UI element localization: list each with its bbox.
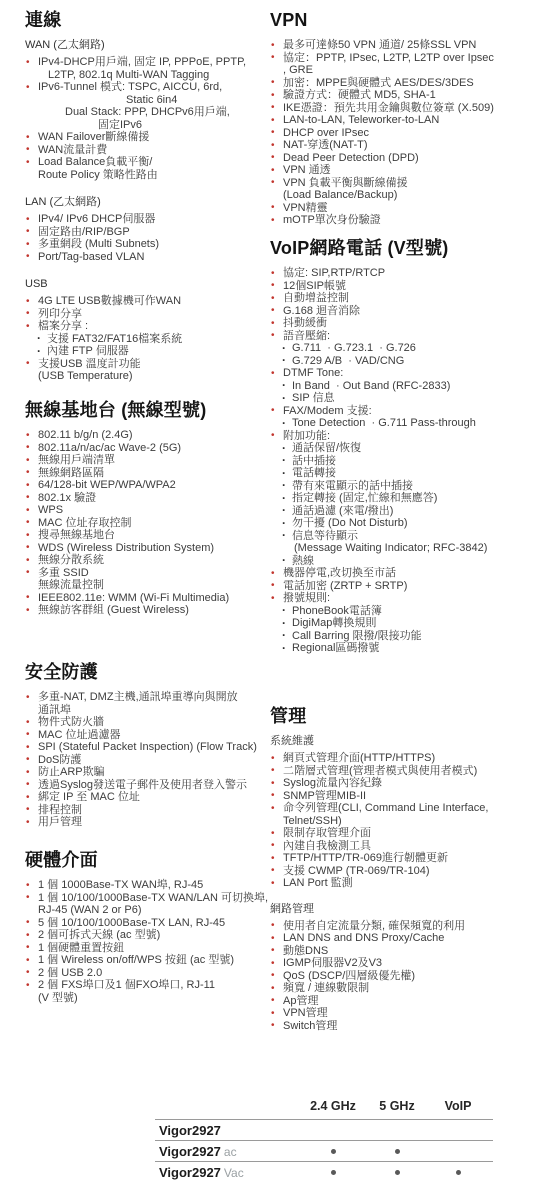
spec-item-text: Switch管理 (283, 1020, 337, 1032)
spec-item: •抖動緩衝 (270, 317, 548, 330)
bullet-icon: • (26, 605, 30, 618)
spec-item-text: FAX/Modem 支援: (283, 405, 372, 417)
model-suffix: ac (224, 1145, 237, 1159)
sub-bullet-icon: · (282, 604, 286, 617)
bullet-icon: • (271, 765, 275, 778)
spec-item: •5 個 10/100/1000Base-TX LAN, RJ-45 (25, 917, 269, 930)
spec-item-text: G.729 A/B · VAD/CNG (292, 355, 404, 367)
bullet-icon: • (271, 995, 275, 1008)
bullet-icon: • (26, 742, 30, 755)
spec-item-text: SIP 信息 (292, 392, 335, 404)
bullet-icon: • (271, 958, 275, 971)
spec-item-text: VPN 通透 (283, 164, 331, 176)
bullet-icon: • (26, 251, 30, 264)
spec-item: •LAN-to-LAN, Teleworker-to-LAN (270, 114, 548, 127)
bullet-icon: • (271, 40, 275, 53)
spec-item-text: 頻寬 / 連線數限制 (283, 982, 369, 994)
table-header-voip: VoIP (423, 1099, 493, 1113)
spec-item-text: 多重 SSID (38, 567, 89, 579)
spec-item: •802.1x 驗證 (25, 492, 269, 505)
spec-item-text: 支援USB 溫度計功能 (38, 358, 141, 370)
spec-item: •內建自我檢測工具 (270, 840, 548, 853)
spec-item-text: SNMP管理MIB-II (283, 790, 366, 802)
spec-group: •協定: SIP,RTP/RTCP•12個SIP帳號•自動增益控制•G.168 … (270, 267, 548, 655)
spec-item-text: 802.11a/n/ac/ac Wave-2 (5G) (38, 442, 181, 454)
spec-item-text: 列印分享 (38, 308, 82, 320)
bullet-icon: • (26, 942, 30, 955)
spec-item-text: 檔案分享 : (38, 320, 88, 332)
spec-item: •加密：MPPE與硬體式 AES/DES/3DES (270, 77, 548, 90)
spec-item-text: WPS (38, 504, 63, 516)
bullet-icon: • (271, 580, 275, 593)
spec-item: ·Call Barring 限撥/限接功能 (270, 630, 548, 643)
spec-item: •MAC 位址過濾器 (25, 729, 269, 742)
spec-item: •WPS (25, 504, 269, 517)
section-title: 硬體介面 (25, 850, 269, 870)
model-name: Vigor2927 (155, 1123, 295, 1138)
spec-item: ·指定轉接 (固定,忙線和無應答) (270, 492, 548, 505)
feature-cell (371, 1162, 423, 1182)
spec-item: •NAT-穿透(NAT-T) (270, 139, 548, 152)
sub-bullet-icon: · (282, 479, 286, 492)
spec-item-text: 無線網路區隔 (38, 467, 104, 479)
bullet-icon: • (26, 779, 30, 792)
spec-item-text: IEEE802.11e: WMM (Wi-Fi Multimedia) (38, 592, 229, 604)
spec-item-text: 熱線 (292, 555, 314, 567)
spec-group: 網路管理•使用者自定流量分類, 確保頻寬的利用•LAN DNS and DNS … (270, 903, 548, 1033)
spec-section: VoIP網路電話 (V型號)•協定: SIP,RTP/RTCP•12個SIP帳號… (270, 238, 548, 655)
spec-item: •DoS防護 (25, 754, 269, 767)
section-title: 連線 (25, 10, 269, 30)
bullet-icon: • (271, 177, 275, 190)
spec-item: •VPN 負載平衡與斷線備援 (270, 177, 548, 190)
spec-item: Telnet/SSH) (270, 815, 548, 828)
spec-item-text: 1 個硬體重置按鈕 (38, 942, 124, 954)
spec-item-text: IPv4-DHCP用戶端, 固定 IP, PPPoE, PPTP, (38, 56, 246, 68)
spec-item-text: Tone Detection · G.711 Pass-through (292, 417, 476, 429)
spec-item-text: 信息等待顯示 (292, 530, 358, 542)
spec-item: •IPv4-DHCP用戶端, 固定 IP, PPPoE, PPTP, (25, 56, 269, 69)
spec-item-text: 通話保留/恢復 (292, 442, 361, 454)
spec-item: •IGMP伺服器V2及V3 (270, 957, 548, 970)
spec-item: (Message Waiting Indicator; RFC-3842) (270, 542, 548, 555)
sub-bullet-icon: · (282, 454, 286, 467)
bullet-icon: • (26, 880, 30, 893)
spec-item-text: WAN Failover斷線備援 (38, 131, 149, 143)
spec-item: •802.11a/n/ac/ac Wave-2 (5G) (25, 442, 269, 455)
spec-item-text: 2 個 FXS埠口及1 個FXO埠口, RJ-11 (38, 979, 215, 991)
spec-item-text: DigiMap轉換規則 (292, 617, 376, 629)
sub-bullet-icon: · (282, 629, 286, 642)
spec-item: •SNMP管理MIB-II (270, 790, 548, 803)
sub-bullet-icon: · (282, 392, 286, 405)
spec-item: ·電話轉接 (270, 467, 548, 480)
spec-item: Static 6in4 (25, 94, 269, 107)
spec-group: •最多可達條50 VPN 通道/ 25條SSL VPN•協定：PPTP, IPs… (270, 39, 548, 227)
bullet-icon: • (26, 358, 30, 371)
bullet-icon: • (26, 754, 30, 767)
bullet-icon: • (271, 215, 275, 228)
section-title: 管理 (270, 706, 548, 726)
feature-dot (395, 1170, 400, 1175)
spec-item-text: Telnet/SSH) (283, 815, 342, 827)
table-row: Vigor2927ac (155, 1141, 493, 1162)
feature-dot (331, 1170, 336, 1175)
feature-cell (295, 1141, 371, 1161)
section-title: 安全防護 (25, 662, 269, 682)
bullet-icon: • (271, 102, 275, 115)
spec-item-text: (Load Balance/Backup) (283, 189, 397, 201)
bullet-icon: • (271, 593, 275, 606)
group-subtitle: 系統維護 (270, 735, 548, 748)
bullet-icon: • (271, 778, 275, 791)
spec-section: 硬體介面•1 個 1000Base-TX WAN埠, RJ-45•1 個 10/… (25, 850, 269, 1004)
spec-item: •防止ARP欺騙 (25, 766, 269, 779)
bullet-icon: • (26, 214, 30, 227)
spec-item-text: 多重網段 (Multi Subnets) (38, 238, 159, 250)
spec-item-text: 64/128-bit WEP/WPA/WPA2 (38, 479, 176, 491)
bullet-icon: • (271, 330, 275, 343)
spec-item-text: VPN精靈 (283, 202, 328, 214)
spec-item: •搜尋無線基地台 (25, 529, 269, 542)
spec-item: •TFTP/HTTP/TR-069進行韌體更新 (270, 852, 548, 865)
spec-item-text: 防止ARP欺騙 (38, 766, 105, 778)
bullet-icon: • (26, 567, 30, 580)
spec-group: •多重-NAT, DMZ主機,通訊埠重導向與開放通訊埠•物件式防火牆•MAC 位… (25, 691, 269, 829)
spec-item-text: 抖動緩衝 (283, 317, 327, 329)
spec-item: •驗證方式：硬體式 MD5, SHA-1 (270, 89, 548, 102)
bullet-icon: • (26, 57, 30, 70)
spec-item-text: 12個SIP帳號 (283, 280, 346, 292)
spec-item-text: 802.1x 驗證 (38, 492, 96, 504)
spec-item-text: 2 個 USB 2.0 (38, 967, 102, 979)
feature-cell (371, 1120, 423, 1140)
spec-item-text: Static 6in4 (126, 94, 177, 106)
spec-item: •無線網路區隔 (25, 467, 269, 480)
bullet-icon: • (271, 405, 275, 418)
spec-item: •多重-NAT, DMZ主機,通訊埠重導向與開放 (25, 691, 269, 704)
bullet-icon: • (26, 467, 30, 480)
spec-item: ·熱線 (270, 555, 548, 568)
spec-item-text: 通訊埠 (38, 704, 71, 716)
spec-item: •網頁式管理介面(HTTP/HTTPS) (270, 752, 548, 765)
spec-item-text: 無線流量控制 (38, 579, 104, 591)
spec-item: •Port/Tag-based VLAN (25, 251, 269, 264)
spec-item-text: IKE憑證：預先共用金鑰與數位簽章 (X.509) (283, 102, 494, 114)
spec-item-text: 固定IPv6 (98, 119, 142, 131)
bullet-icon: • (271, 268, 275, 281)
spec-item-text: WAN流量計費 (38, 144, 107, 156)
spec-item-text: 限制存取管理介面 (283, 827, 371, 839)
spec-item-text: IPv6-Tunnel 模式: TSPC, AICCU, 6rd, (38, 81, 222, 93)
spec-item-text: 勿干擾 (Do Not Disturb) (292, 517, 408, 529)
bullet-icon: • (26, 767, 30, 780)
spec-item: •語音壓縮: (270, 330, 548, 343)
group-subtitle: 網路管理 (270, 903, 548, 916)
bullet-icon: • (26, 144, 30, 157)
spec-item: •IEEE802.11e: WMM (Wi-Fi Multimedia) (25, 592, 269, 605)
spec-item-text: 通話過濾 (來電/撥出) (292, 505, 393, 517)
bullet-icon: • (271, 293, 275, 306)
bullet-icon: • (26, 321, 30, 334)
spec-item: ·SIP 信息 (270, 392, 548, 405)
spec-item-text: Syslog流量內容紀錄 (283, 777, 382, 789)
spec-item: RJ-45 (WAN 2 or P6) (25, 904, 269, 917)
spec-item-text: 最多可達條50 VPN 通道/ 25條SSL VPN (283, 39, 476, 51)
spec-item: •SPI (Stateful Packet Inspection) (Flow … (25, 741, 269, 754)
spec-item-text: 物件式防火牆 (38, 716, 104, 728)
table-header-24ghz: 2.4 GHz (295, 1099, 371, 1113)
spec-item-text: Port/Tag-based VLAN (38, 251, 144, 263)
spec-item: ·Regional區碼撥號 (270, 642, 548, 655)
bullet-icon: • (26, 239, 30, 252)
bullet-icon: • (271, 945, 275, 958)
spec-item: •列印分享 (25, 308, 269, 321)
model-suffix: Vac (224, 1166, 244, 1180)
spec-item: •802.11 b/g/n (2.4G) (25, 429, 269, 442)
spec-item-text: 話中插接 (292, 455, 336, 467)
spec-item-text: PhoneBook電話簿 (292, 605, 382, 617)
spec-item: , GRE (270, 64, 548, 77)
spec-item-text: IGMP伺服器V2及V3 (283, 957, 382, 969)
bullet-icon: • (271, 77, 275, 90)
spec-item: •12個SIP帳號 (270, 280, 548, 293)
spec-item-text: 1 個 Wireless on/off/WPS 按鈕 (ac 型號) (38, 954, 234, 966)
spec-item: •動態DNS (270, 945, 548, 958)
spec-group: WAN (乙太網路)•IPv4-DHCP用戶端, 固定 IP, PPPoE, P… (25, 39, 269, 181)
spec-item: •IPv4/ IPv6 DHCP伺服器 (25, 213, 269, 226)
spec-item: •協定: SIP,RTP/RTCP (270, 267, 548, 280)
spec-item-text: 1 個 10/100/1000Base-TX WAN/LAN 可切換埠, (38, 892, 268, 904)
spec-item-text: In Band · Out Band (RFC-2833) (292, 380, 450, 392)
bullet-icon: • (26, 226, 30, 239)
spec-item: •使用者自定流量分類, 確保頻寬的利用 (270, 920, 548, 933)
spec-item-text: 802.11 b/g/n (2.4G) (38, 429, 133, 441)
bullet-icon: • (26, 480, 30, 493)
spec-item: ·DigiMap轉換規則 (270, 617, 548, 630)
spec-item: •VPN 通透 (270, 164, 548, 177)
bullet-icon: • (26, 157, 30, 170)
spec-item-text: mOTP單次身份驗證 (283, 214, 381, 226)
bullet-icon: • (271, 970, 275, 983)
spec-item: •G.168 迴音消除 (270, 305, 548, 318)
sub-bullet-icon: · (282, 529, 286, 542)
spec-item: (Load Balance/Backup) (270, 189, 548, 202)
spec-item-text: 用戶管理 (38, 816, 82, 828)
spec-item-text: IPv4/ IPv6 DHCP伺服器 (38, 213, 155, 225)
bullet-icon: • (271, 853, 275, 866)
spec-item-text: G.711 · G.723.1 · G.726 (292, 342, 416, 354)
table-header-row: 2.4 GHz 5 GHz VoIP (155, 1092, 493, 1120)
spec-item-text: TFTP/HTTP/TR-069進行韌體更新 (283, 852, 448, 864)
bullet-icon: • (26, 804, 30, 817)
spec-item-text: 命令列管理(CLI, Command Line Interface, (283, 802, 488, 814)
bullet-icon: • (26, 505, 30, 518)
spec-item-text: 2 個可拆式天線 (ac 型號) (38, 929, 160, 941)
spec-item-text: 支援 FAT32/FAT16檔案系統 (47, 333, 182, 345)
bullet-icon: • (271, 368, 275, 381)
sub-bullet-icon: · (282, 354, 286, 367)
spec-item: ·G.711 · G.723.1 · G.726 (270, 342, 548, 355)
spec-item-text: LAN DNS and DNS Proxy/Cache (283, 932, 444, 944)
spec-item: •限制存取管理介面 (270, 827, 548, 840)
right-column: VPN•最多可達條50 VPN 通道/ 25條SSL VPN•協定：PPTP, … (270, 0, 548, 1197)
spec-item-text: 電話轉接 (292, 467, 336, 479)
section-title: VoIP網路電話 (V型號) (270, 238, 548, 258)
spec-item-text: Ap管理 (283, 995, 318, 1007)
group-subtitle: USB (25, 278, 269, 291)
spec-item-text: 語音壓縮: (283, 330, 330, 342)
model-name: Vigor2927Vac (155, 1165, 295, 1180)
bullet-icon: • (26, 892, 30, 905)
spec-item: Dual Stack: PPP, DHCPv6用戶端, (25, 106, 269, 119)
spec-item-text: DTMF Tone: (283, 367, 343, 379)
model-name: Vigor2927ac (155, 1144, 295, 1159)
spec-item-text: NAT-穿透(NAT-T) (283, 139, 368, 151)
spec-item-text: 協定: SIP,RTP/RTCP (283, 267, 385, 279)
bullet-icon: • (26, 980, 30, 993)
spec-item: •mOTP單次身份驗證 (270, 214, 548, 227)
spec-item: •機器停電,改切換至市話 (270, 567, 548, 580)
spec-item: •附加功能: (270, 430, 548, 443)
spec-item: •WDS (Wireless Distribution System) (25, 542, 269, 555)
spec-item-text: 內建自我檢測工具 (283, 840, 371, 852)
table-body: Vigor2927Vigor2927acVigor2927Vac (155, 1120, 493, 1182)
bullet-icon: • (26, 132, 30, 145)
spec-item: •自動增益控制 (270, 292, 548, 305)
spec-item: •排程控制 (25, 804, 269, 817)
sub-bullet-icon: · (282, 642, 286, 655)
spec-item: •多重網段 (Multi Subnets) (25, 238, 269, 251)
spec-item: ·帶有來電顯示的話中插接 (270, 480, 548, 493)
spec-item-text: Load Balance負載平衡/ (38, 156, 152, 168)
spec-item-text: 網頁式管理介面(HTTP/HTTPS) (283, 752, 435, 764)
spec-item: ·通話保留/恢復 (270, 442, 548, 455)
bullet-icon: • (271, 865, 275, 878)
spec-item-text: 協定：PPTP, IPsec, L2TP, L2TP over Ipsec (283, 52, 494, 64)
spec-group: 系統維護•網頁式管理介面(HTTP/HTTPS)•二階層式管理(管理者模式與使用… (270, 735, 548, 890)
bullet-icon: • (271, 753, 275, 766)
spec-item: ·G.729 A/B · VAD/CNG (270, 355, 548, 368)
feature-cell (295, 1120, 371, 1140)
bullet-icon: • (26, 955, 30, 968)
spec-item: •DHCP over IPsec (270, 127, 548, 140)
bullet-icon: • (26, 82, 30, 95)
bullet-icon: • (26, 492, 30, 505)
spec-item-text: MAC 位址過濾器 (38, 729, 121, 741)
spec-item: •Load Balance負載平衡/ (25, 156, 269, 169)
spec-item-text: 加密：MPPE與硬體式 AES/DES/3DES (283, 77, 474, 89)
table-row: Vigor2927Vac (155, 1162, 493, 1182)
spec-group: •802.11 b/g/n (2.4G)•802.11a/n/ac/ac Wav… (25, 429, 269, 617)
spec-item: •協定：PPTP, IPsec, L2TP, L2TP over Ipsec (270, 52, 548, 65)
feature-dot (456, 1170, 461, 1175)
spec-item: ·In Band · Out Band (RFC-2833) (270, 380, 548, 393)
spec-item-text: DoS防護 (38, 754, 81, 766)
spec-item-text: Regional區碼撥號 (292, 642, 379, 654)
spec-item-text: 透過Syslog發送電子郵件及使用者登入警示 (38, 779, 247, 791)
spec-item: Route Policy 策略性路由 (25, 169, 269, 182)
spec-item: 無線流量控制 (25, 579, 269, 592)
spec-item-text: 4G LTE USB數據機可作WAN (38, 295, 181, 307)
spec-item-text: Call Barring 限撥/限接功能 (292, 630, 422, 642)
spec-item: •命令列管理(CLI, Command Line Interface, (270, 802, 548, 815)
spec-item-text: SPI (Stateful Packet Inspection) (Flow T… (38, 741, 257, 753)
section-title: VPN (270, 10, 548, 30)
bullet-icon: • (26, 542, 30, 555)
spec-item-text: 電話加密 (ZRTP + SRTP) (283, 580, 407, 592)
spec-item-text: 機器停電,改切換至市話 (283, 567, 396, 579)
spec-item: •頻寬 / 連線數限制 (270, 982, 548, 995)
bullet-icon: • (271, 920, 275, 933)
spec-item-text: Dual Stack: PPP, DHCPv6用戶端, (65, 106, 230, 118)
table-header-5ghz: 5 GHz (371, 1099, 423, 1113)
spec-item-text: VPN管理 (283, 1007, 328, 1019)
bullet-icon: • (271, 1020, 275, 1033)
spec-item-text: (Message Waiting Indicator; RFC-3842) (294, 542, 487, 554)
spec-item: •支援USB 溫度計功能 (25, 358, 269, 371)
bullet-icon: • (271, 152, 275, 165)
feature-cell (423, 1162, 493, 1182)
spec-item-text: Dead Peer Detection (DPD) (283, 152, 419, 164)
spec-item-text: VPN 負載平衡與斷線備援 (283, 177, 408, 189)
bullet-icon: • (271, 305, 275, 318)
spec-item: ·Tone Detection · G.711 Pass-through (270, 417, 548, 430)
left-column: 連線WAN (乙太網路)•IPv4-DHCP用戶端, 固定 IP, PPPoE,… (25, 0, 269, 1197)
spec-item-text: 綁定 IP 至 MAC 位址 (38, 791, 140, 803)
sub-bullet-icon: · (37, 332, 41, 345)
feature-dot (395, 1149, 400, 1154)
spec-item: •2 個 USB 2.0 (25, 967, 269, 980)
spec-item-text: 自動增益控制 (283, 292, 349, 304)
spec-item-text: LAN-to-LAN, Teleworker-to-LAN (283, 114, 439, 126)
bullet-icon: • (271, 115, 275, 128)
bullet-icon: • (26, 455, 30, 468)
bullet-icon: • (26, 592, 30, 605)
spec-item: •LAN DNS and DNS Proxy/Cache (270, 932, 548, 945)
spec-item: •二階層式管理(管理者模式與使用者模式) (270, 765, 548, 778)
group-subtitle: WAN (乙太網路) (25, 39, 269, 52)
spec-item-text: QoS (DSCP/四層級優先權) (283, 970, 415, 982)
spec-item-text: Route Policy 策略性路由 (38, 169, 158, 181)
spec-item: •綁定 IP 至 MAC 位址 (25, 791, 269, 804)
spec-section: 安全防護•多重-NAT, DMZ主機,通訊埠重導向與開放通訊埠•物件式防火牆•M… (25, 662, 269, 829)
spec-item-text: 附加功能: (283, 430, 330, 442)
spec-item-text: 無線分散系統 (38, 554, 104, 566)
spec-item: L2TP, 802.1q Multi-WAN Tagging (25, 69, 269, 82)
sub-bullet-icon: · (282, 554, 286, 567)
spec-item: ·信息等待顯示 (270, 530, 548, 543)
spec-item: •最多可達條50 VPN 通道/ 25條SSL VPN (270, 39, 548, 52)
spec-item: •撥號規則: (270, 592, 548, 605)
feature-cell (371, 1141, 423, 1161)
spec-item-text: 撥號規則: (283, 592, 330, 604)
spec-item: •檔案分享 : (25, 320, 269, 333)
sub-bullet-icon: · (37, 345, 41, 358)
spec-item: (USB Temperature) (25, 370, 269, 383)
spec-item: •1 個硬體重置按鈕 (25, 942, 269, 955)
spec-group: USB•4G LTE USB數據機可作WAN•列印分享•檔案分享 :·支援 FA… (25, 278, 269, 383)
spec-item-text: 使用者自定流量分類, 確保頻寬的利用 (283, 920, 465, 932)
spec-item-text: L2TP, 802.1q Multi-WAN Tagging (48, 69, 209, 81)
spec-item: •用戶管理 (25, 816, 269, 829)
bullet-icon: • (26, 717, 30, 730)
spec-item-text: LAN Port 監測 (283, 877, 353, 889)
bullet-icon: • (26, 530, 30, 543)
spec-item: ·PhoneBook電話簿 (270, 605, 548, 618)
table-row: Vigor2927 (155, 1120, 493, 1141)
spec-item-text: MAC 位址存取控制 (38, 517, 132, 529)
